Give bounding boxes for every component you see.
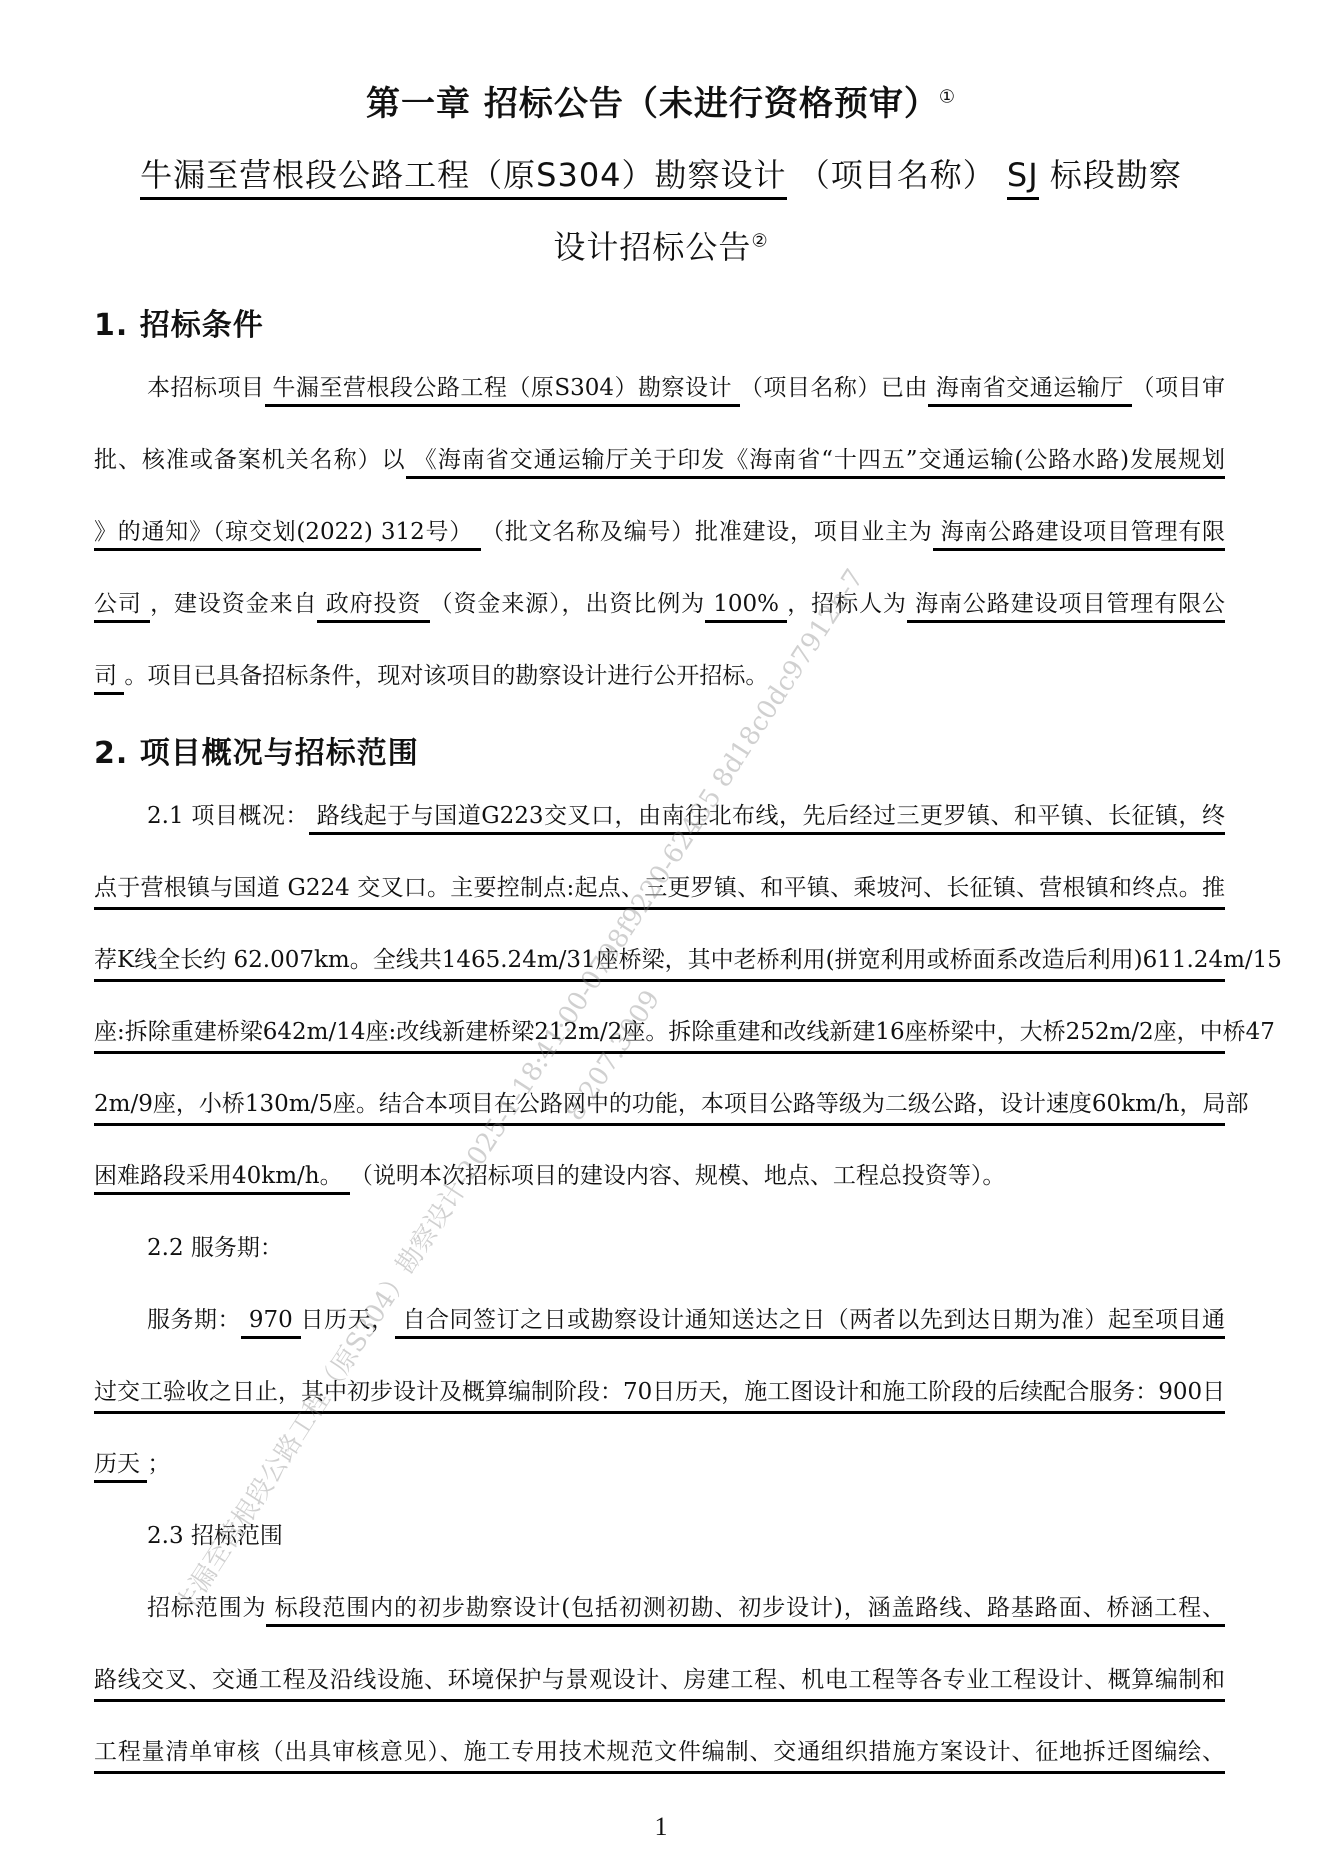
s21-line-3: 荐K线全长约 62.007km。全线共1465.24m/31座桥梁，其中老桥利用…	[94, 944, 1225, 982]
text: （项目审	[1132, 375, 1226, 401]
s1-line-3: 》的通知》（琼交划(2022) 312号） （批文名称及编号）批准建设，项目业主…	[94, 516, 1225, 548]
text: ，建设资金来自	[150, 591, 317, 617]
project-name-field: 牛漏至营根段公路工程（原S304）勘察设计	[265, 375, 740, 407]
project-owner-field: 海南公路建设项目管理有限	[933, 519, 1225, 551]
s22-line-1: 服务期： 970 日历天， 自合同签订之日或勘察设计通知送达之日（两者以先到达日…	[94, 1304, 1225, 1336]
subtitle-tail-1: 标段勘察	[1050, 156, 1182, 194]
fund-ratio-field: 100%	[705, 591, 787, 623]
overview-instruction-note: （说明本次招标项目的建设内容、规模、地点、工程总投资等）。	[350, 1163, 1006, 1189]
service-period-cont: 历天	[94, 1451, 147, 1483]
text: 日历天，	[301, 1307, 395, 1333]
notice-subtitle-line2: 设计招标公告②	[0, 222, 1322, 268]
chapter-title-text: 第一章 招标公告（未进行资格预审）	[366, 84, 939, 124]
s1-line-5: 司 。项目已具备招标条件，现对该项目的勘察设计进行公开招标。	[94, 660, 1225, 692]
subtitle-project-name: 牛漏至营根段公路工程（原S304）勘察设计	[140, 156, 786, 200]
s23-line-2: 路线交叉、交通工程及沿线设施、环境保护与景观设计、房建工程、机电工程等各专业工程…	[94, 1664, 1225, 1702]
subtitle-tail-2: 设计招标公告	[553, 228, 751, 266]
text: 招标范围为	[147, 1595, 266, 1621]
project-overview-cont: 2m/9座，小桥130m/5座。结合本项目在公路网中的功能，本项目公路等级为二级…	[94, 1088, 1225, 1126]
project-overview-cont: 困难路段采用40km/h。	[94, 1163, 350, 1195]
s21-line-5: 2m/9座，小桥130m/5座。结合本项目在公路网中的功能，本项目公路等级为二级…	[94, 1088, 1225, 1126]
text: （项目名称）已由	[740, 375, 928, 401]
tender-scope-field: 标段范围内的初步勘察设计(包括初测初勘、初步设计)，涵盖路线、路基路面、桥涵工程…	[266, 1595, 1225, 1627]
text: （批文名称及编号）批准建设，项目业主为	[481, 519, 932, 545]
tender-scope-cont: 工程量清单审核（出具审核意见）、施工专用技术规范文件编制、交通组织措施方案设计、…	[94, 1736, 1225, 1774]
text: 批、核准或备案机关名称）以	[94, 447, 406, 473]
s1-line-4: 公司 ，建设资金来自 政府投资 （资金来源），出资比例为 100% ，招标人为 …	[94, 588, 1225, 620]
s1-line-2: 批、核准或备案机关名称）以 《海南省交通运输厅关于印发《海南省“十四五”交通运输…	[94, 444, 1225, 476]
fund-source-field: 政府投资	[317, 591, 429, 623]
footnote-marker-1: ①	[939, 87, 956, 108]
chapter-title: 第一章 招标公告（未进行资格预审）①	[0, 76, 1322, 125]
text: ；	[147, 1451, 170, 1477]
notice-subtitle-line1: 牛漏至营根段公路工程（原S304）勘察设计 （项目名称） SJ 标段勘察	[0, 150, 1322, 196]
project-overview-cont: 荐K线全长约 62.007km。全线共1465.24m/31座桥梁，其中老桥利用…	[94, 944, 1225, 982]
text: 。项目已具备招标条件，现对该项目的勘察设计进行公开招标。	[124, 663, 768, 689]
service-period-field: 自合同签订之日或勘察设计通知送达之日（两者以先到达日期为准）起至项目通	[395, 1307, 1225, 1339]
document-page: 第一章 招标公告（未进行资格预审）① 牛漏至营根段公路工程（原S304）勘察设计…	[0, 0, 1322, 1871]
s1-line-1: 本招标项目 牛漏至营根段公路工程（原S304）勘察设计 （项目名称）已由 海南省…	[94, 372, 1225, 404]
footnote-marker-2: ②	[751, 230, 768, 251]
project-overview-cont: 点于营根镇与国道 G224 交叉口。主要控制点:起点、三更罗镇、和平镇、乘坡河、…	[94, 872, 1225, 910]
project-overview-field: 路线起于与国道G223交叉口，由南往北布线，先后经过三更罗镇、和平镇、长征镇，终	[309, 803, 1225, 835]
tender-scope-cont: 路线交叉、交通工程及沿线设施、环境保护与景观设计、房建工程、机电工程等各专业工程…	[94, 1664, 1225, 1702]
page-number: 1	[0, 1812, 1322, 1842]
tenderer-field-cont: 司	[94, 663, 124, 695]
s21-line-2: 点于营根镇与国道 G224 交叉口。主要控制点:起点、三更罗镇、和平镇、乘坡河、…	[94, 872, 1225, 910]
subtitle-project-label: （项目名称）	[798, 156, 996, 194]
subtitle-section-code: SJ	[1007, 156, 1039, 200]
subsection-2-2-label: 2.2 服务期：	[94, 1232, 1225, 1264]
s23-line-1: 招标范围为 标段范围内的初步勘察设计(包括初测初勘、初步设计)，涵盖路线、路基路…	[94, 1592, 1225, 1624]
s23-line-3: 工程量清单审核（出具审核意见）、施工专用技术规范文件编制、交通组织措施方案设计、…	[94, 1736, 1225, 1774]
text: ，招标人为	[787, 591, 907, 617]
project-overview-cont: 座:拆除重建桥梁642m/14座:改线新建桥梁212m/2座。拆除重建和改线新建…	[94, 1016, 1225, 1054]
approval-authority-field: 海南省交通运输厅	[928, 375, 1132, 407]
tenderer-field: 海南公路建设项目管理有限公	[907, 591, 1225, 623]
text: 服务期：	[147, 1307, 241, 1333]
s21-line-6: 困难路段采用40km/h。 （说明本次招标项目的建设内容、规模、地点、工程总投资…	[94, 1160, 1225, 1192]
subsection-2-1-label: 2.1 项目概况：	[147, 803, 309, 829]
service-period-cont: 过交工验收之日止，其中初步设计及概算编制阶段：70日历天，施工图设计和施工阶段的…	[94, 1376, 1225, 1414]
approval-document-field: 《海南省交通运输厅关于印发《海南省“十四五”交通运输(公路水路)发展规划	[406, 447, 1225, 479]
project-owner-field-cont: 公司	[94, 591, 150, 623]
text: 本招标项目	[147, 375, 265, 401]
s21-line-1: 2.1 项目概况： 路线起于与国道G223交叉口，由南往北布线，先后经过三更罗镇…	[94, 800, 1225, 832]
service-days-field: 970	[241, 1307, 301, 1339]
text: （资金来源），出资比例为	[430, 591, 705, 617]
s21-line-4: 座:拆除重建桥梁642m/14座:改线新建桥梁212m/2座。拆除重建和改线新建…	[94, 1016, 1225, 1054]
s22-line-2: 过交工验收之日止，其中初步设计及概算编制阶段：70日历天，施工图设计和施工阶段的…	[94, 1376, 1225, 1414]
approval-document-field-cont: 》的通知》（琼交划(2022) 312号）	[94, 519, 481, 551]
section-1-heading: 1. 招标条件	[94, 300, 264, 344]
section-2-heading: 2. 项目概况与招标范围	[94, 728, 419, 772]
s22-line-3: 历天 ；	[94, 1448, 1225, 1480]
subsection-2-3-label: 2.3 招标范围	[94, 1520, 1225, 1552]
